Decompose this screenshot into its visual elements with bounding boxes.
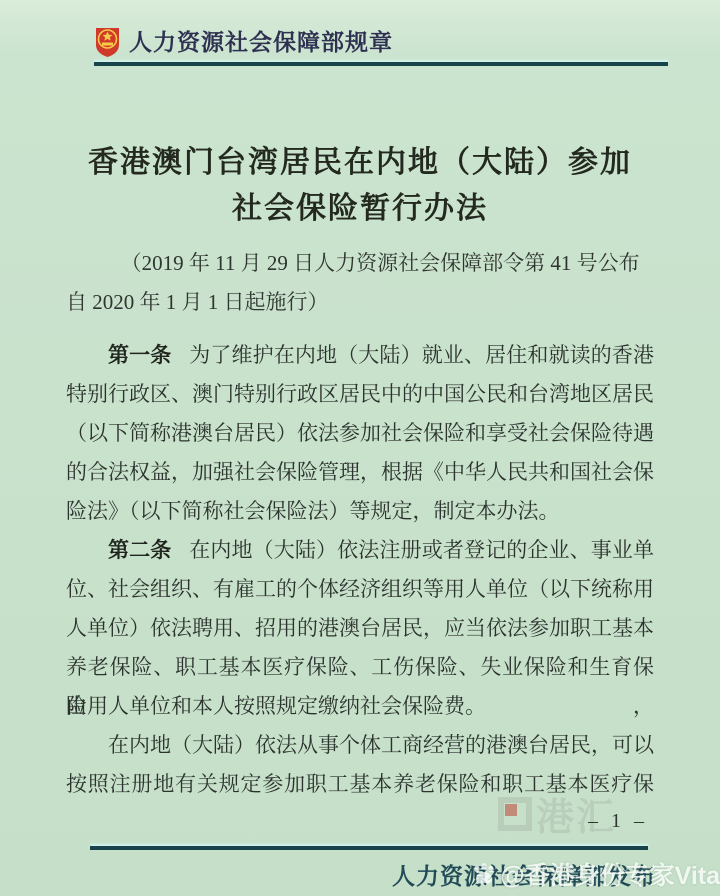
document-title-line2: 社会保险暂行办法 [66,186,654,232]
subtitle-line2: 自 2020 年 1 月 1 日起施行） [66,283,654,322]
top-rule [94,62,668,66]
article2-line1-text: 在内地（大陆）依法注册或者登记的企业、事业单 [189,538,654,562]
article1-line1: 第一条为了维护在内地（大陆）就业、居住和就读的香港 [66,336,654,375]
article2-line4: 养老保险、职工基本医疗保险、工伤保险、失业保险和生育保险， [66,648,654,687]
article2-para2-line2: 按照注册地有关规定参加职工基本养老保险和职工基本医疗保 [66,765,654,804]
article1-label: 第一条 [108,344,171,367]
document-page: 人力资源社会保障部规章 香港澳门台湾居民在内地（大陆）参加 社会保险暂行办法 （… [0,0,720,896]
article1-line5: 险法》（以下简称社会保险法）等规定，制定本办法。 [66,492,654,531]
article1-line1-text: 为了维护在内地（大陆）就业、居住和就读的香港 [189,343,654,367]
page-number: – 1 – [588,810,648,833]
article1-line2: 特别行政区、澳门特别行政区居民中的中国公民和台湾地区居民 [66,375,654,414]
article2-line3: 人单位）依法聘用、招用的港澳台居民，应当依法参加职工基本 [66,609,654,648]
article2-line1: 第二条在内地（大陆）依法注册或者登记的企业、事业单 [66,531,654,570]
document-subtitle: （2019 年 11 月 29 日人力资源社会保障部令第 41 号公布 自 20… [66,244,654,322]
footer-publisher: 人力资源社会保障部发布 [392,858,656,891]
article1-line4: 的合法权益，加强社会保险管理，根据《中华人民共和国社会保 [66,453,654,492]
subtitle-line1: （2019 年 11 月 29 日人力资源社会保障部令第 41 号公布 [66,244,654,283]
article2-label: 第二条 [108,539,171,562]
article1-line3: （以下简称港澳台居民）依法参加社会保险和享受社会保险待遇 [66,414,654,453]
document-body: 香港澳门台湾居民在内地（大陆）参加 社会保险暂行办法 （2019 年 11 月 … [66,140,654,804]
bottom-rule [90,846,648,850]
article-text: 第一条为了维护在内地（大陆）就业、居住和就读的香港 特别行政区、澳门特别行政区居… [66,336,654,804]
header-badge-label: 人力资源社会保障部规章 [129,24,393,57]
national-emblem-icon [94,25,121,57]
article2-para2-line1: 在内地（大陆）依法从事个体工商经营的港澳台居民，可以 [66,726,654,765]
header-band: 人力资源社会保障部规章 [94,24,668,57]
document-title-line1: 香港澳门台湾居民在内地（大陆）参加 [66,140,654,186]
article2-line2: 位、社会组织、有雇工的个体经济组织等用人单位（以下统称用 [66,570,654,609]
